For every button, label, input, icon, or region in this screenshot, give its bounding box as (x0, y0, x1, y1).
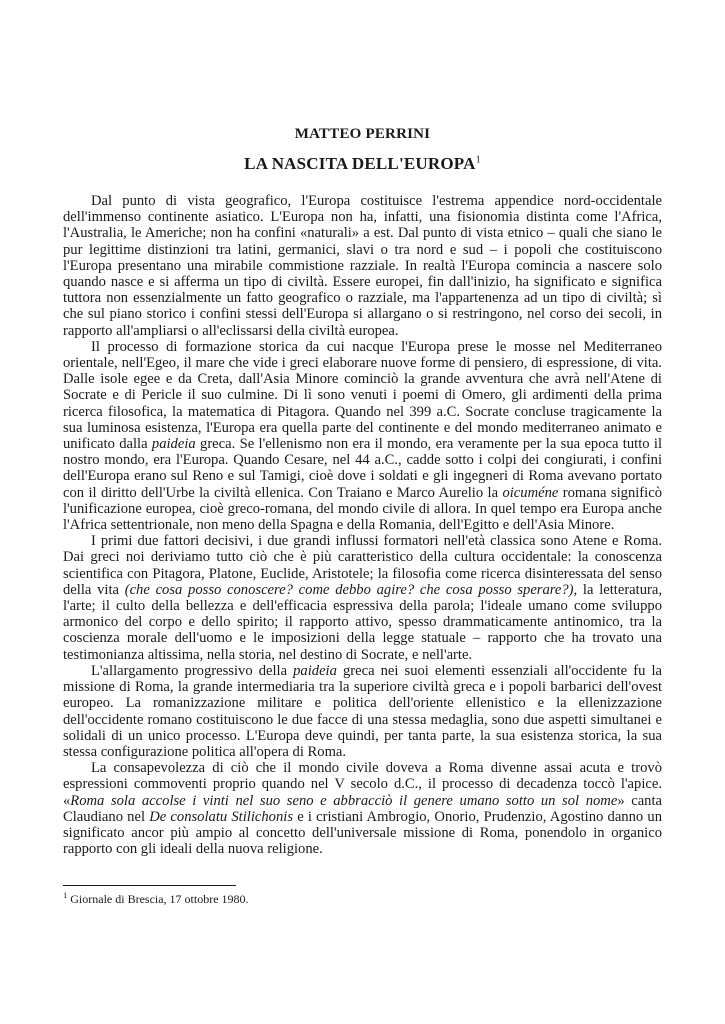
paragraph: Dal punto di vista geografico, l'Europa … (63, 193, 662, 339)
footnote: 1 Giornale di Brescia, 17 ottobre 1980. (63, 892, 662, 907)
text-run: L'allargamento progressivo della (91, 663, 293, 679)
paragraph: Il processo di formazione storica da cui… (63, 339, 662, 533)
paragraph: I primi due fattori decisivi, i due gran… (63, 533, 662, 663)
footnote-text: Giornale di Brescia, 17 ottobre 1980. (70, 892, 248, 906)
footnote-ref: 1 (63, 890, 67, 900)
italic-text-run: paideia (293, 663, 337, 679)
author-name: MATTEO PERRINI (63, 126, 662, 142)
italic-text-run: De consolatu Stilichonis (149, 809, 293, 825)
text-run: Dal punto di vista geografico, l'Europa … (63, 193, 662, 339)
document-title-text: LA NASCITA DELL'EUROPA (244, 154, 475, 173)
document-title: LA NASCITA DELL'EUROPA1 (63, 155, 662, 173)
footnote-separator (63, 885, 236, 886)
paragraph: La consapevolezza di ciò che il mondo ci… (63, 760, 662, 857)
italic-text-run: (che cosa posso conoscere? come debbo ag… (125, 582, 577, 598)
italic-text-run: paideia (152, 436, 196, 452)
italic-text-run: oicuméne (502, 485, 558, 501)
paragraph: L'allargamento progressivo della paideia… (63, 663, 662, 760)
document-body: Dal punto di vista geografico, l'Europa … (63, 193, 662, 857)
title-footnote-ref: 1 (476, 154, 481, 165)
document-page: MATTEO PERRINI LA NASCITA DELL'EUROPA1 D… (0, 0, 725, 1024)
italic-text-run: Roma sola accolse i vinti nel suo seno e… (70, 793, 617, 809)
